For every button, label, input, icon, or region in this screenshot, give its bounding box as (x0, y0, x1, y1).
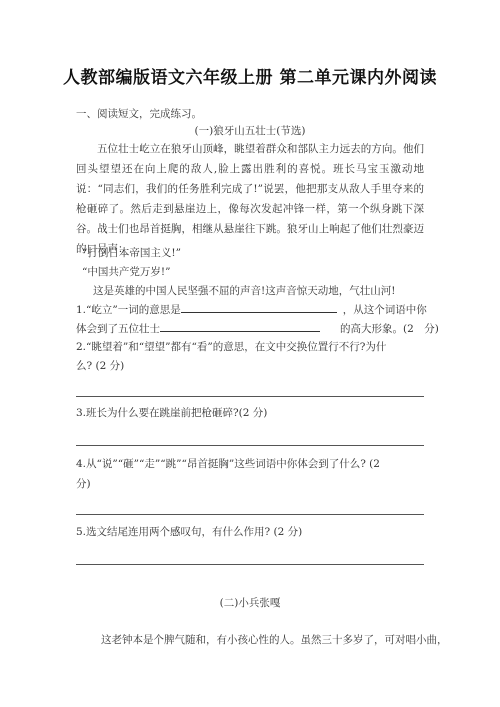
question-4-line-2: 分) (76, 476, 91, 491)
page-title: 人教部编版语文六年级上册 第二单元课内外阅读 (0, 63, 500, 88)
passage-2-paragraph-1: 这老钟本是个脾气随和，有小孩心性的人。虽然三十多岁了，可对唱小曲， (101, 632, 448, 647)
question-2-answer-line[interactable] (76, 396, 424, 397)
question-1-blank-1[interactable] (181, 301, 337, 313)
slogan-1: “打倒日本帝国主义!” (82, 245, 181, 260)
question-3-answer-line[interactable] (76, 445, 424, 446)
passage-2-title: (二)小兵张嘎 (0, 595, 500, 610)
section-heading: 一、阅读短文，完成练习。 (76, 106, 202, 121)
passage-1-paragraph-1: 五位壮士屹立在狼牙山顶峰，眺望着群众和部队主力远去的方向。他们回头望望还在向上爬… (76, 139, 424, 259)
question-3-line-1: 3.班长为什么要在跳崖前把枪砸碎?(2 分) (76, 405, 267, 420)
question-1-text-b: ，从这个词语中你 (343, 304, 427, 316)
question-5-answer-line[interactable] (76, 564, 424, 565)
question-1-line-1: 1.“屹立”一词的意思是，从这个词语中你 (76, 301, 427, 317)
question-4-line-1: 4.从“说”“砸”“走”“跳”“昂首挺胸”这些词语中你体会到了什么? (2 (76, 456, 380, 471)
question-1-blank-2[interactable] (160, 320, 320, 332)
question-1-text-a: 1.“屹立”一词的意思是 (76, 304, 181, 316)
passage-1-paragraph-2: 这是英雄的中国人民坚强不屈的声音!这声音惊天动地，气壮山河! (93, 283, 395, 298)
slogan-2: “中国共产党万岁!” (82, 264, 170, 279)
question-1-line-2: 体会到了五位壮士的高大形象。(2 分) (76, 320, 439, 336)
question-1-text-c: 体会到了五位壮士 (76, 323, 160, 335)
question-2-line-1: 2.“眺望着”和“望望”都有“看”的意思，在文中交换位置行不行?为什 (76, 339, 386, 354)
question-4-answer-line[interactable] (76, 514, 424, 515)
question-2-line-2: 么? (2 分) (76, 358, 124, 373)
passage-1-title: (一)狼牙山五壮士(节选) (0, 123, 500, 138)
question-5-line-1: 5.选文结尾连用两个感叹句，有什么作用? (2 分) (76, 524, 302, 539)
question-1-text-d: 的高大形象。(2 分) (340, 323, 439, 335)
